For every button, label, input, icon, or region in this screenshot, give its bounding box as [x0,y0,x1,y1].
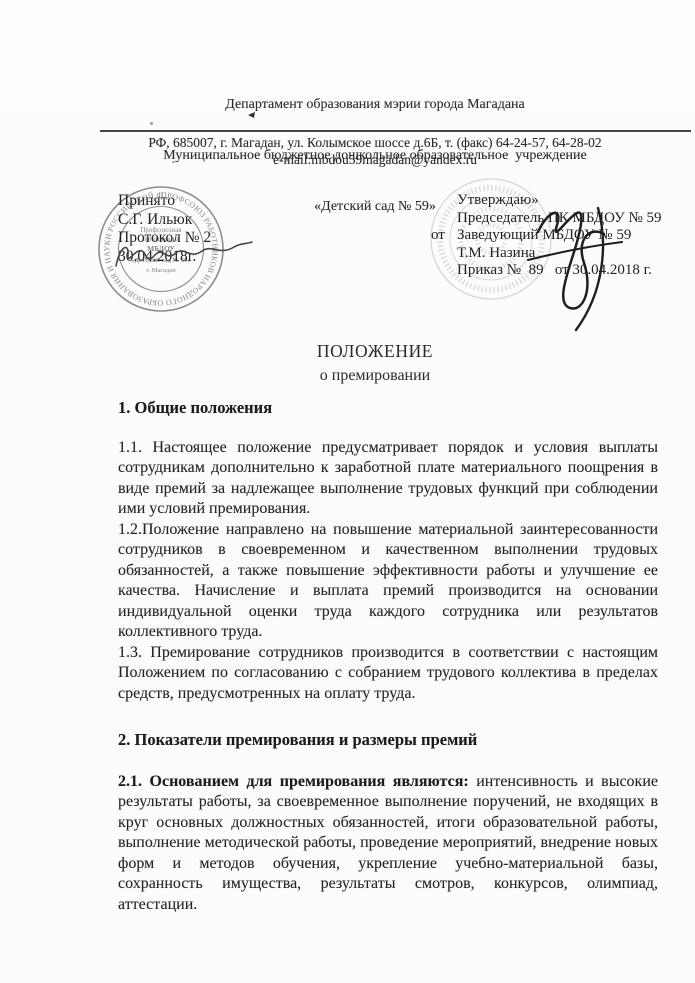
section-1-heading: 1. Общие положения [118,398,658,419]
paragraph-2-1: 2.1. Основанием для премирования являютс… [118,772,658,916]
signature-stroke [116,242,252,266]
section-2-heading: 2. Показатели премирования и размеры пре… [118,730,658,751]
document-body: 1. Общие положения 1.1. Настоящее положе… [118,398,658,915]
paragraph-1-2: 1.2.Положение направлено на повышение ма… [118,520,658,643]
document-title-block: ПОЛОЖЕНИЕ о премировании [55,341,695,385]
paragraph-2-1-lead: 2.1. Основанием для премирования являютс… [118,773,469,790]
accepted-signature [108,232,258,280]
paragraph-2-1-rest: интенсивность и высокие результаты работ… [118,773,658,913]
address-line-2: e-mail:mbdou59magadan@yandex.ru [55,152,695,169]
paragraph-1-3: 1.3. Премирование сотрудников производит… [118,643,658,705]
letterhead-address: РФ, 685007, г. Магадан, ул. Колымское шо… [55,135,695,168]
accepted-name: С.Г. Ильюк [118,211,211,230]
scan-speck-3 [172,161,175,163]
approved-ot-label: от [431,227,445,244]
paragraph-1-1: 1.1. Настоящее положение предусматривает… [118,438,658,520]
document-title: ПОЛОЖЕНИЕ [55,341,695,362]
accepted-title: Принято [118,192,211,211]
address-line-1: РФ, 685007, г. Магадан, ул. Колымское шо… [55,135,695,152]
approved-signature [518,198,638,340]
scan-speck-2 [150,122,153,125]
letterhead-divider [100,130,691,132]
scanned-document-page: Департамент образования мэрии города Маг… [0,0,695,983]
org-name-line-1: Департамент образования мэрии города Маг… [55,96,695,113]
document-subtitle: о премировании [55,367,695,385]
